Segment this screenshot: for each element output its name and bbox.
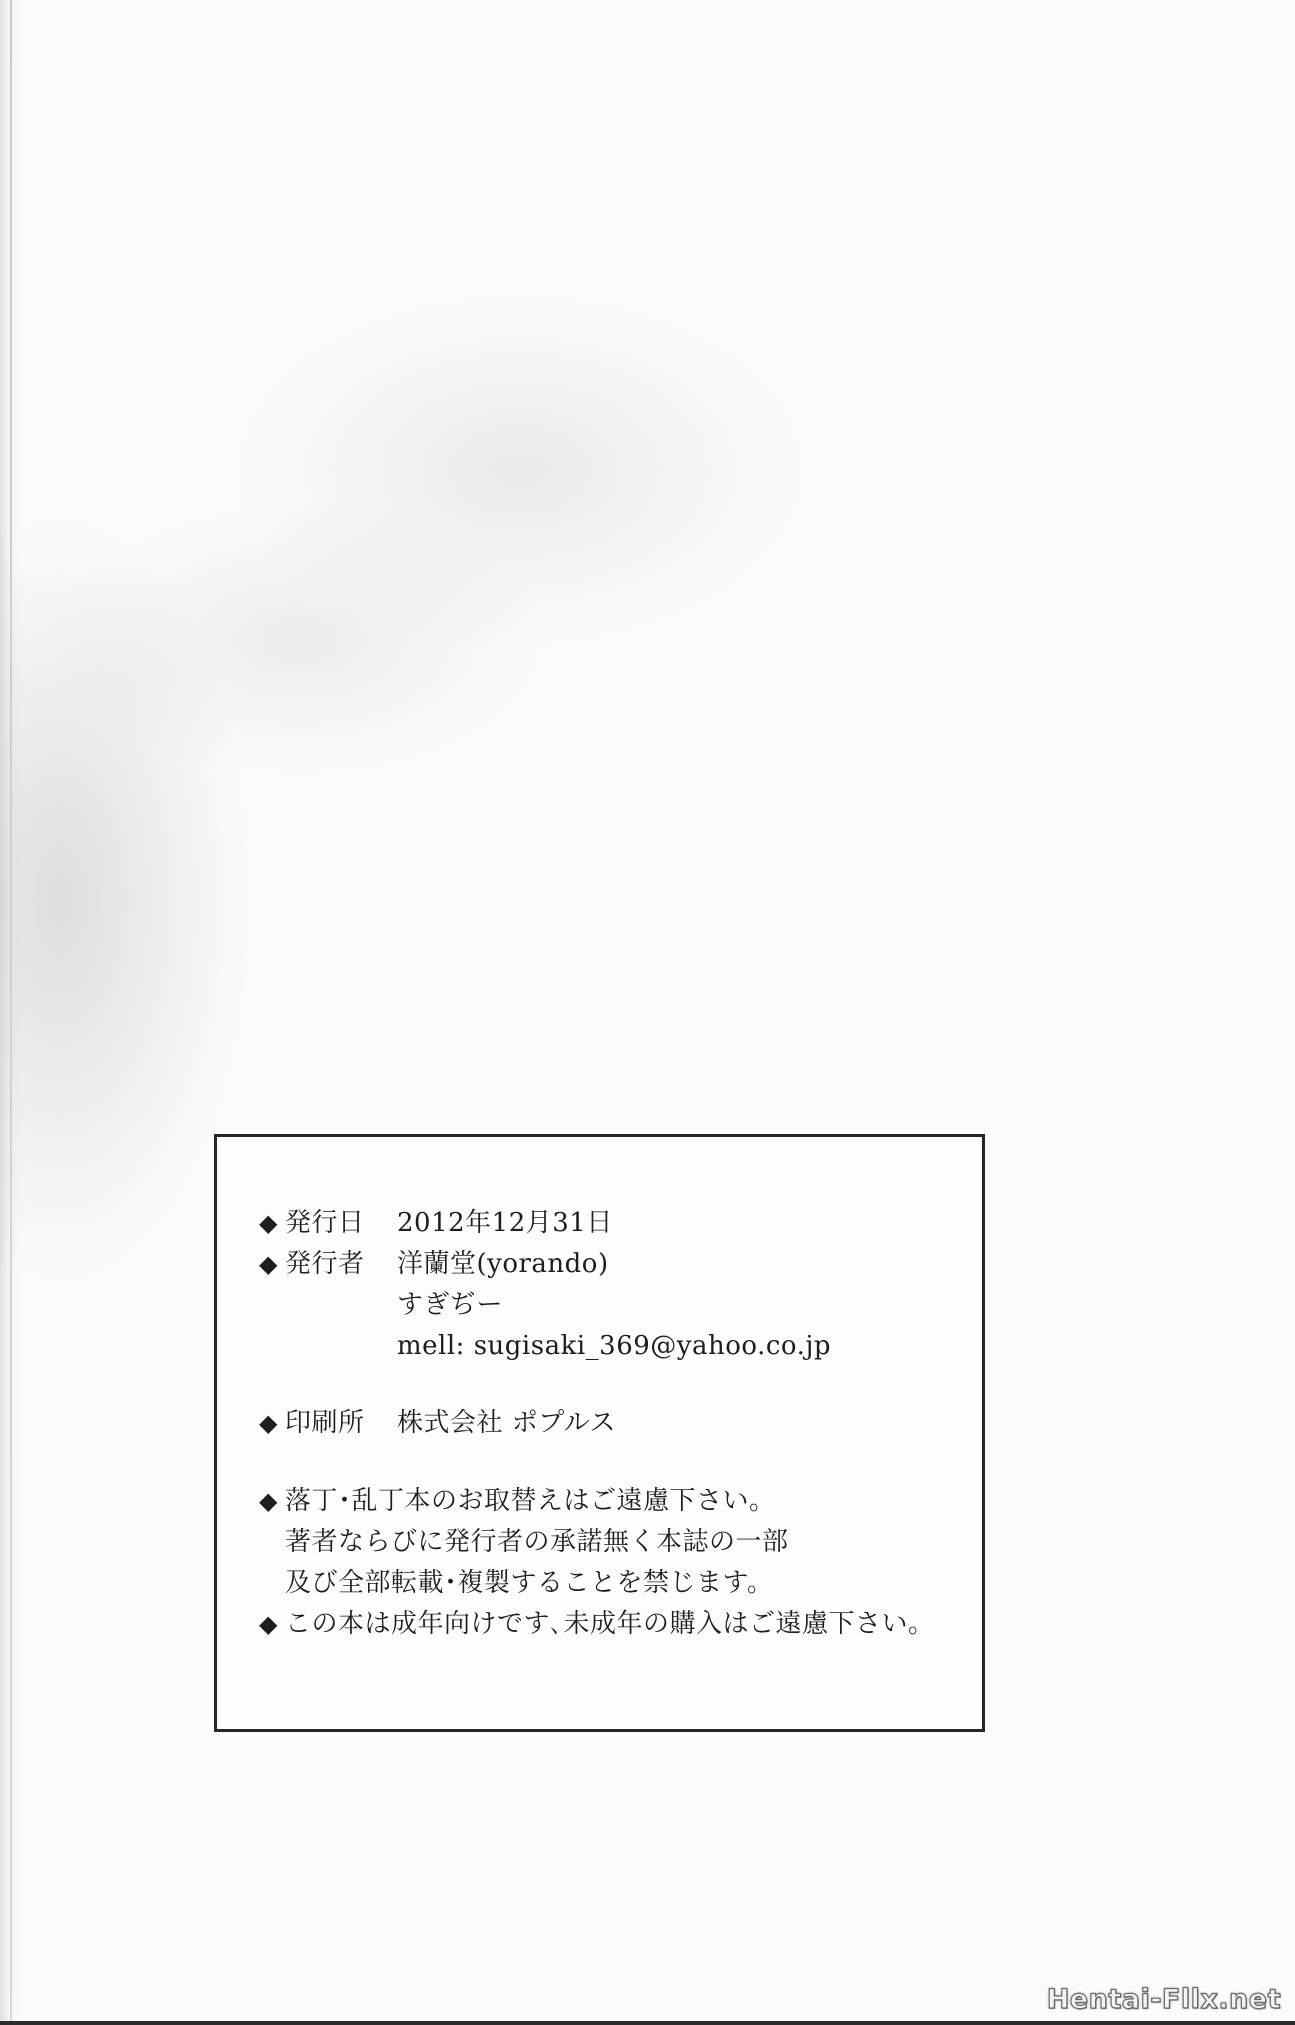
notice-line: ◆落丁･乱丁本のお取替えはご遠慮下さい。: [259, 1481, 962, 1522]
adult-content-notice: ◆この本は成年向けです､未成年の購入はご遠慮下さい。: [259, 1604, 962, 1645]
diamond-bullet-icon: ◆: [259, 1244, 285, 1285]
diamond-bullet-icon: ◆: [259, 1481, 285, 1522]
publisher-circle-name: 洋蘭堂(yorando): [397, 1244, 962, 1285]
diamond-bullet-icon: ◆: [259, 1203, 285, 1244]
publisher-contact-email: mell: sugisaki_369@yahoo.co.jp: [259, 1326, 962, 1367]
scan-bottom-edge: [0, 2021, 1295, 2025]
publish-date-value: 2012年12月31日: [397, 1203, 962, 1244]
diamond-bullet-icon: ◆: [259, 1403, 285, 1444]
site-watermark: Hentai-Fllx.net: [1047, 1984, 1281, 2015]
notice-line: 及び全部転載･複製することを禁じます。: [259, 1563, 962, 1604]
colophon-content: ◆発行日 2012年12月31日 ◆発行者 洋蘭堂(yorando) すぎぢー …: [259, 1203, 962, 1645]
spacer: [259, 1444, 962, 1481]
notice-line: 著者ならびに発行者の承諾無く本誌の一部: [259, 1522, 962, 1563]
publisher-author-name: すぎぢー: [259, 1285, 962, 1326]
publish-date-label-group: ◆発行日: [259, 1203, 397, 1244]
publisher-label: 発行者: [285, 1249, 365, 1279]
spacer: [259, 1367, 962, 1403]
publish-date-row: ◆発行日 2012年12月31日: [259, 1203, 962, 1244]
notice-text: この本は成年向けです､未成年の購入はご遠慮下さい。: [285, 1609, 935, 1639]
publisher-label-group: ◆発行者: [259, 1244, 397, 1285]
publisher-row: ◆発行者 洋蘭堂(yorando): [259, 1244, 962, 1285]
publish-date-label: 発行日: [285, 1208, 365, 1238]
copyright-notice: ◆落丁･乱丁本のお取替えはご遠慮下さい。 著者ならびに発行者の承諾無く本誌の一部…: [259, 1481, 962, 1604]
notice-text: 落丁･乱丁本のお取替えはご遠慮下さい。: [285, 1486, 776, 1516]
printer-label-group: ◆印刷所: [259, 1403, 397, 1444]
diamond-bullet-icon: ◆: [259, 1604, 285, 1645]
printer-value: 株式会社 ポプルス: [397, 1403, 962, 1444]
printer-row: ◆印刷所 株式会社 ポプルス: [259, 1403, 962, 1444]
colophon-box: ◆発行日 2012年12月31日 ◆発行者 洋蘭堂(yorando) すぎぢー …: [214, 1134, 985, 1732]
notice-line: ◆この本は成年向けです､未成年の購入はご遠慮下さい。: [259, 1604, 962, 1645]
page-binding-edge: [10, 0, 12, 2025]
printer-label: 印刷所: [285, 1408, 365, 1438]
